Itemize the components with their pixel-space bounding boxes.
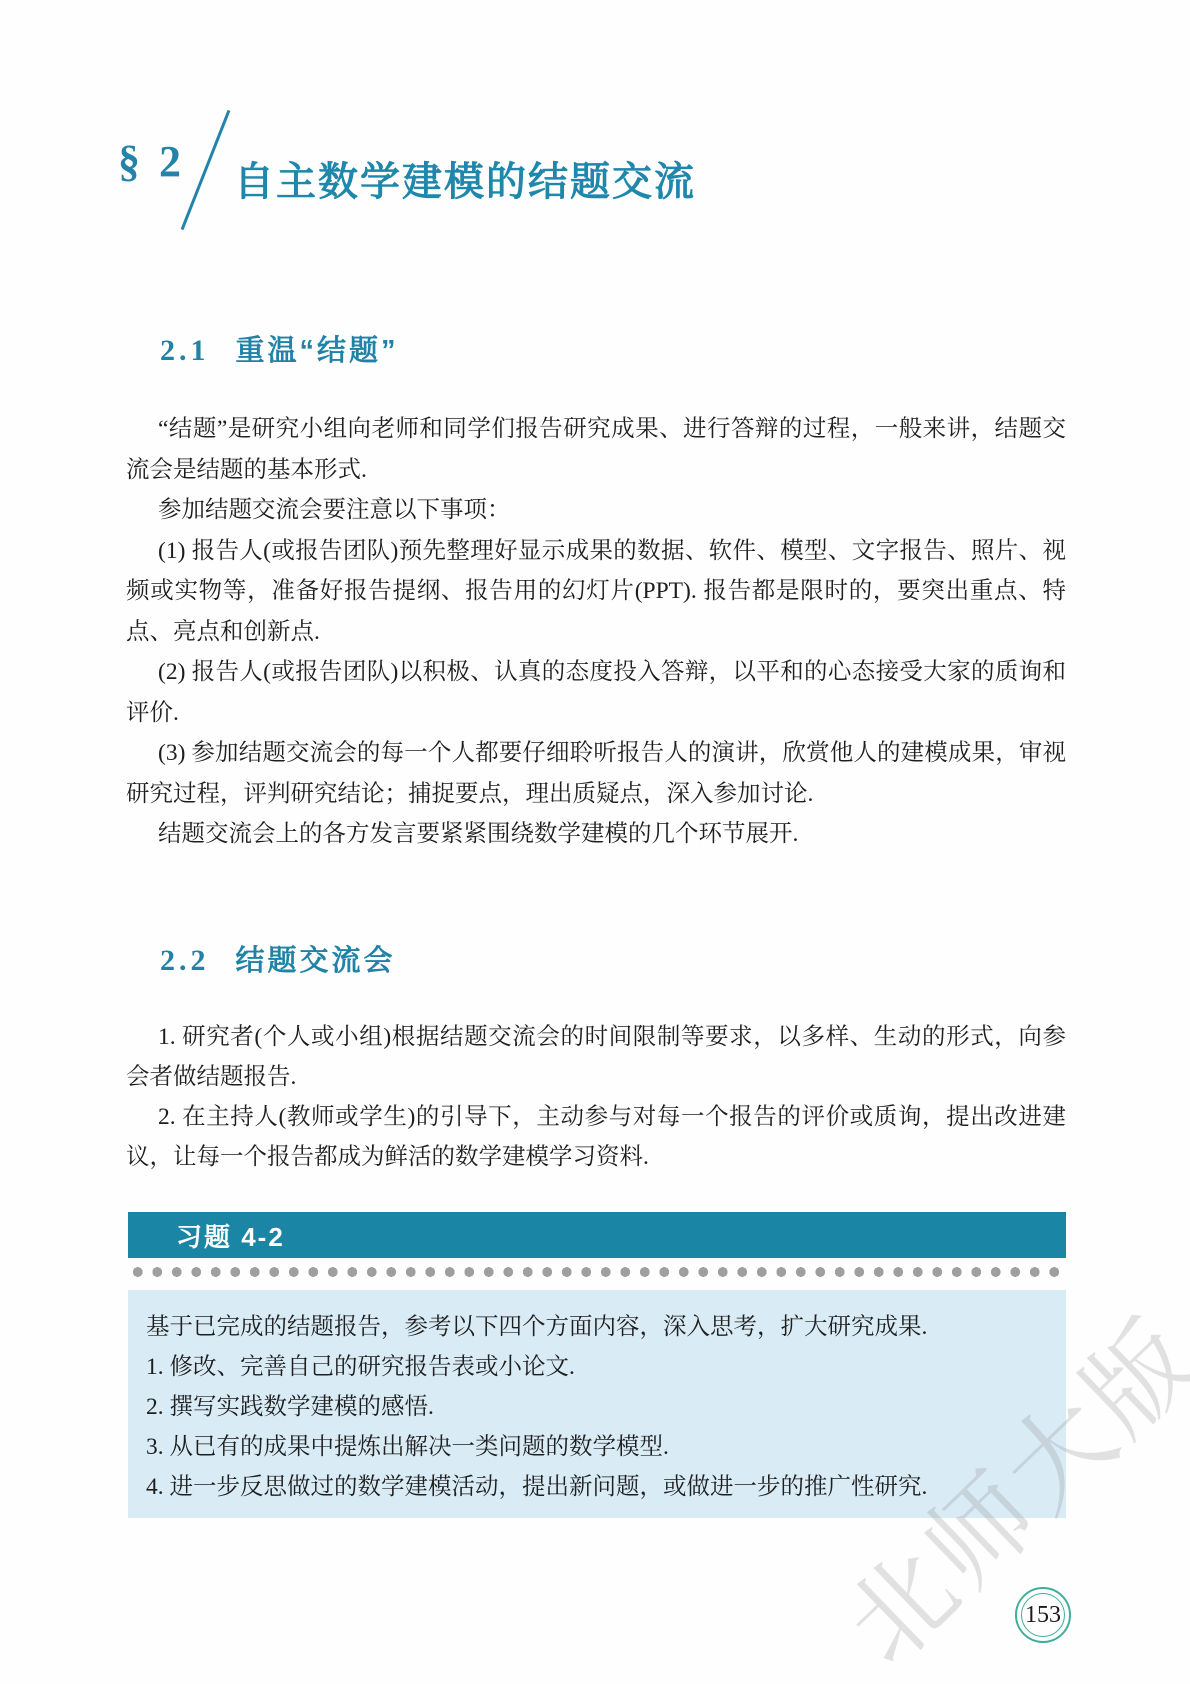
- section-2-1-heading: 2.1重温“结题”: [160, 328, 399, 369]
- section-2-2-label: 结题交流会: [236, 945, 396, 977]
- diagonal-divider: [181, 110, 231, 230]
- paragraph: (2) 报告人(或报告团队)以积极、认真的态度投入答辩，以平和的心态接受大家的质…: [126, 652, 1066, 733]
- section-2-1-label: 重温“结题”: [236, 335, 399, 367]
- exercise-banner-label: 习题 4-2: [176, 1217, 285, 1254]
- section-2-2-body: 1. 研究者(个人或小组)根据结题交流会的时间限制等要求，以多样、生动的形式，向…: [126, 1017, 1066, 1177]
- paragraph: 结题交流会上的各方发言要紧紧围绕数学建模的几个环节展开.: [126, 814, 1066, 855]
- paragraph: 参加结题交流会要注意以下事项：: [126, 490, 1066, 531]
- exercise-box: 基于已完成的结题报告，参考以下四个方面内容，深入思考，扩大研究成果. 1. 修改…: [128, 1290, 1066, 1518]
- exercise-intro: 基于已完成的结题报告，参考以下四个方面内容，深入思考，扩大研究成果.: [146, 1307, 1046, 1347]
- chapter-section-number: § 2: [118, 136, 185, 187]
- section-2-1-body: “结题”是研究小组向老师和同学们报告研究成果、进行答辩的过程，一般来讲，结题交流…: [126, 409, 1066, 855]
- section-2-2-number: 2.2: [160, 944, 210, 977]
- page-number: 153: [1021, 1593, 1065, 1637]
- dotted-divider: [128, 1266, 1066, 1278]
- page-number-badge: 153: [1015, 1587, 1071, 1643]
- paragraph: “结题”是研究小组向老师和同学们报告研究成果、进行答辩的过程，一般来讲，结题交流…: [126, 409, 1066, 490]
- page-title: 自主数学建模的结题交流: [234, 150, 696, 207]
- exercise-item: 3. 从已有的成果中提炼出解决一类问题的数学模型.: [146, 1427, 1046, 1467]
- exercise-item: 4. 进一步反思做过的数学建模活动，提出新问题，或做进一步的推广性研究.: [146, 1467, 1046, 1507]
- paragraph: 1. 研究者(个人或小组)根据结题交流会的时间限制等要求，以多样、生动的形式，向…: [126, 1017, 1066, 1097]
- textbook-page: § 2 自主数学建模的结题交流 2.1重温“结题” “结题”是研究小组向老师和同…: [0, 0, 1190, 1684]
- exercise-banner: 习题 4-2: [128, 1212, 1066, 1258]
- chapter-header: § 2 自主数学建模的结题交流: [118, 104, 1078, 239]
- section-2-1-number: 2.1: [160, 334, 210, 367]
- exercise-item: 1. 修改、完善自己的研究报告表或小论文.: [146, 1347, 1046, 1387]
- exercise-item: 2. 撰写实践数学建模的感悟.: [146, 1387, 1046, 1427]
- paragraph: (1) 报告人(或报告团队)预先整理好显示成果的数据、软件、模型、文字报告、照片…: [126, 531, 1066, 653]
- section-2-2-heading: 2.2结题交流会: [160, 938, 396, 979]
- paragraph: (3) 参加结题交流会的每一个人都要仔细聆听报告人的演讲，欣赏他人的建模成果，审…: [126, 733, 1066, 814]
- paragraph: 2. 在主持人(教师或学生)的引导下，主动参与对每一个报告的评价或质询，提出改进…: [126, 1097, 1066, 1177]
